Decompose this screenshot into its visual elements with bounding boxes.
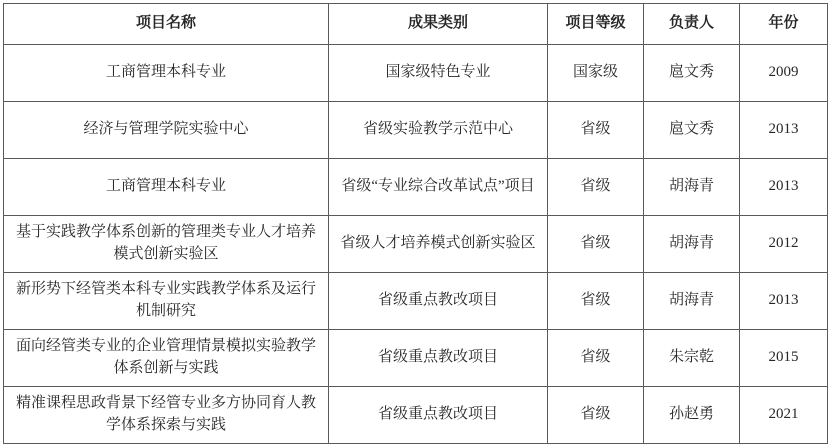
cell-project-level: 国家级 <box>548 45 644 102</box>
table-row: 精准课程思政背景下经管专业多方协同育人教学体系探索与实践 省级重点教改项目 省级… <box>4 387 828 444</box>
cell-achievement-type: 省级重点教改项目 <box>329 387 548 444</box>
cell-leader: 朱宗乾 <box>644 330 740 387</box>
cell-project-level: 省级 <box>548 330 644 387</box>
column-header-project-name: 项目名称 <box>4 4 329 45</box>
cell-project-level: 省级 <box>548 216 644 273</box>
cell-project-level: 省级 <box>548 159 644 216</box>
table-row: 工商管理本科专业 省级“专业综合改革试点”项目 省级 胡海青 2013 <box>4 159 828 216</box>
cell-leader: 胡海青 <box>644 273 740 330</box>
cell-achievement-type: 省级“专业综合改革试点”项目 <box>329 159 548 216</box>
cell-project-name: 工商管理本科专业 <box>4 45 329 102</box>
cell-project-name: 精准课程思政背景下经管专业多方协同育人教学体系探索与实践 <box>4 387 329 444</box>
column-header-achievement-type: 成果类别 <box>329 4 548 45</box>
cell-leader: 胡海青 <box>644 159 740 216</box>
cell-project-name: 工商管理本科专业 <box>4 159 329 216</box>
cell-achievement-type: 省级实验教学示范中心 <box>329 102 548 159</box>
cell-achievement-type: 省级重点教改项目 <box>329 330 548 387</box>
cell-achievement-type: 国家级特色专业 <box>329 45 548 102</box>
cell-project-name: 面向经管类专业的企业管理情景模拟实验教学体系创新与实践 <box>4 330 329 387</box>
table-row: 基于实践教学体系创新的管理类专业人才培养模式创新实验区 省级人才培养模式创新实验… <box>4 216 828 273</box>
table-row: 工商管理本科专业 国家级特色专业 国家级 扈文秀 2009 <box>4 45 828 102</box>
cell-achievement-type: 省级重点教改项目 <box>329 273 548 330</box>
cell-year: 2009 <box>740 45 828 102</box>
cell-achievement-type: 省级人才培养模式创新实验区 <box>329 216 548 273</box>
cell-project-name: 经济与管理学院实验中心 <box>4 102 329 159</box>
cell-year: 2013 <box>740 102 828 159</box>
cell-leader: 扈文秀 <box>644 102 740 159</box>
column-header-project-level: 项目等级 <box>548 4 644 45</box>
table-row: 新形势下经管类本科专业实践教学体系及运行机制研究 省级重点教改项目 省级 胡海青… <box>4 273 828 330</box>
cell-project-level: 省级 <box>548 387 644 444</box>
table-row: 经济与管理学院实验中心 省级实验教学示范中心 省级 扈文秀 2013 <box>4 102 828 159</box>
table-row: 面向经管类专业的企业管理情景模拟实验教学体系创新与实践 省级重点教改项目 省级 … <box>4 330 828 387</box>
column-header-year: 年份 <box>740 4 828 45</box>
cell-year: 2015 <box>740 330 828 387</box>
cell-project-level: 省级 <box>548 102 644 159</box>
cell-year: 2012 <box>740 216 828 273</box>
cell-year: 2013 <box>740 159 828 216</box>
header-row: 项目名称 成果类别 项目等级 负责人 年份 <box>4 4 828 45</box>
cell-leader: 孙赵勇 <box>644 387 740 444</box>
cell-year: 2013 <box>740 273 828 330</box>
cell-project-name: 基于实践教学体系创新的管理类专业人才培养模式创新实验区 <box>4 216 329 273</box>
achievements-table: 项目名称 成果类别 项目等级 负责人 年份 工商管理本科专业 国家级特色专业 国… <box>3 3 828 444</box>
table-container: 项目名称 成果类别 项目等级 负责人 年份 工商管理本科专业 国家级特色专业 国… <box>0 0 830 446</box>
column-header-leader: 负责人 <box>644 4 740 45</box>
cell-project-level: 省级 <box>548 273 644 330</box>
cell-leader: 胡海青 <box>644 216 740 273</box>
cell-leader: 扈文秀 <box>644 45 740 102</box>
cell-project-name: 新形势下经管类本科专业实践教学体系及运行机制研究 <box>4 273 329 330</box>
cell-year: 2021 <box>740 387 828 444</box>
